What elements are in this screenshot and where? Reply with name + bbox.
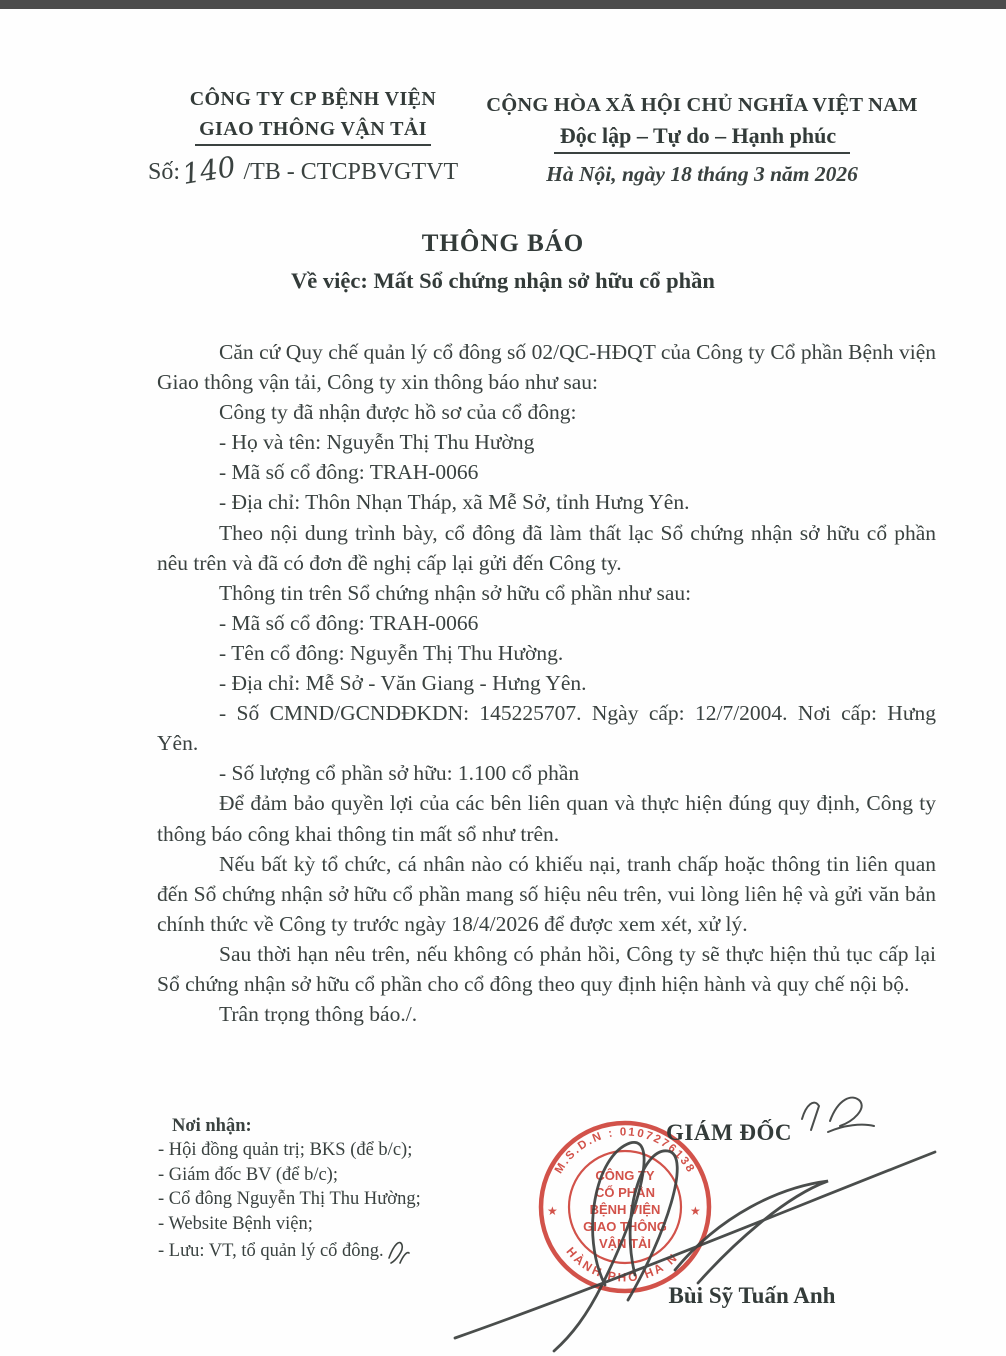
document-page: CÔNG TY CP BỆNH VIỆN GIAO THÔNG VẬN TẢI … xyxy=(0,0,1006,1356)
paragraph: - Mã số cổ đông: TRAH-0066 xyxy=(157,457,936,487)
paragraph: Trân trọng thông báo./. xyxy=(157,999,936,1029)
document-body: Căn cứ Quy chế quản lý cổ đông số 02/QC-… xyxy=(157,337,936,1029)
recipients-block: Nơi nhận: - Hội đồng quản trị; BKS (để b… xyxy=(158,1116,498,1274)
date-place-line: Hà Nội, ngày 18 tháng 3 năm 2026 xyxy=(458,162,946,187)
stamp-star-left-icon: ★ xyxy=(547,1204,558,1218)
issuer-name-line2: GIAO THÔNG VẬN TẢI xyxy=(195,118,431,146)
paragraph: Căn cứ Quy chế quản lý cổ đông số 02/QC-… xyxy=(157,337,936,397)
paragraph: Công ty đã nhận được hồ sơ của cổ đông: xyxy=(157,397,936,427)
stamp-star-right-icon: ★ xyxy=(690,1204,701,1218)
scan-border-top xyxy=(0,0,1006,9)
stamp-center-line4: GIAO THÔNG xyxy=(583,1219,667,1234)
recipients-list: - Hội đồng quản trị; BKS (để b/c); - Giá… xyxy=(158,1138,498,1274)
stamp-center-line5: VẬN TẢI xyxy=(599,1236,651,1251)
document-number-suffix: /TB - CTCPBVGTVT xyxy=(243,159,458,185)
issuer-header: CÔNG TY CP BỆNH VIỆN GIAO THÔNG VẬN TẢI … xyxy=(148,88,478,186)
paragraph: - Họ và tên: Nguyễn Thị Thu Hường xyxy=(157,427,936,457)
stamp-center-line2: CỔ PHẦN xyxy=(595,1185,655,1200)
recipient-item: - Website Bệnh viện; xyxy=(158,1212,498,1237)
paragraph: Để đảm bảo quyền lợi của các bên liên qu… xyxy=(157,788,936,848)
stamp-center-line3: BỆNH VIỆN xyxy=(590,1202,661,1217)
national-header: CỘNG HÒA XÃ HỘI CHỦ NGHĨA VIỆT NAM Độc l… xyxy=(458,94,946,187)
handwritten-initials-icon xyxy=(385,1236,411,1274)
document-number: Số:140 /TB - CTCPBVGTVT xyxy=(148,153,478,186)
recipient-item: - Lưu: VT, tổ quản lý cổ đông. xyxy=(158,1236,498,1274)
national-motto-line2: Độc lập – Tự do – Hạnh phúc xyxy=(554,123,850,154)
paragraph: Theo nội dung trình bày, cổ đông đã làm … xyxy=(157,518,936,578)
paragraph: - Số lượng cổ phần sở hữu: 1.100 cổ phần xyxy=(157,758,936,788)
issuer-name-line1: CÔNG TY CP BỆNH VIỆN xyxy=(148,88,478,111)
stamp-center-line1: CÔNG TY xyxy=(595,1168,655,1183)
recipients-heading: Nơi nhận: xyxy=(172,1116,498,1137)
recipient-item: - Hội đồng quản trị; BKS (để b/c); xyxy=(158,1138,498,1163)
recipient-item: - Giám đốc BV (để b/c); xyxy=(158,1163,498,1188)
recipient-item-text: - Lưu: VT, tổ quản lý cổ đông. xyxy=(158,1241,384,1261)
paragraph: - Tên cổ đông: Nguyễn Thị Thu Hường. xyxy=(157,638,936,668)
paragraph: Sau thời hạn nêu trên, nếu không có phản… xyxy=(157,939,936,999)
paragraph: Nếu bất kỳ tổ chức, cá nhân nào có khiếu… xyxy=(157,849,936,939)
document-number-handwritten: 140 xyxy=(180,150,238,191)
paragraph: - Mã số cổ đông: TRAH-0066 xyxy=(157,608,936,638)
document-subject: Về việc: Mất Sổ chứng nhận sở hữu cổ phầ… xyxy=(0,268,1006,294)
document-title: THÔNG BÁO xyxy=(0,230,1006,258)
paragraph: Thông tin trên Sổ chứng nhận sở hữu cổ p… xyxy=(157,578,936,608)
paragraph: - Số CMND/GCNDĐKDN: 145225707. Ngày cấp:… xyxy=(157,698,936,758)
paragraph: - Địa chỉ: Thôn Nhạn Tháp, xã Mễ Sở, tỉn… xyxy=(157,487,936,517)
paragraph: - Địa chỉ: Mễ Sở - Văn Giang - Hưng Yên. xyxy=(157,668,936,698)
recipient-item: - Cổ đông Nguyễn Thị Thu Hường; xyxy=(158,1187,498,1212)
signer-name: Bùi Sỹ Tuấn Anh xyxy=(612,1283,892,1309)
document-number-prefix: Số: xyxy=(148,159,180,185)
signer-role: GIÁM ĐỐC xyxy=(666,1120,792,1146)
national-motto-line1: CỘNG HÒA XÃ HỘI CHỦ NGHĨA VIỆT NAM xyxy=(458,94,946,117)
